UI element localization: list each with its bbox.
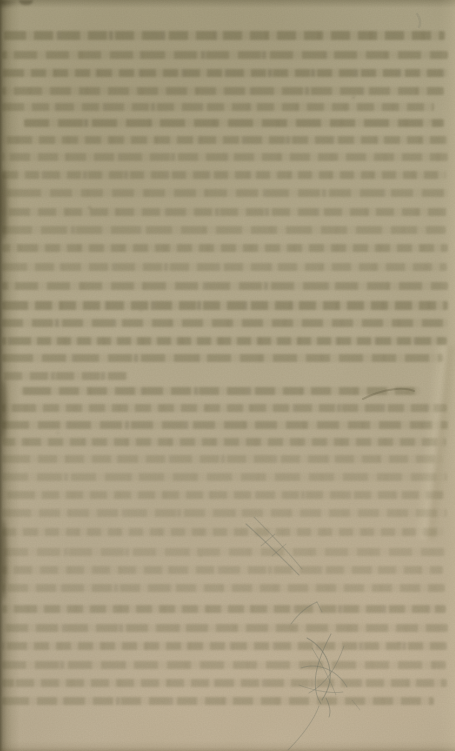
scanned-book-page [0, 0, 455, 751]
paper-grain-texture [0, 0, 455, 751]
